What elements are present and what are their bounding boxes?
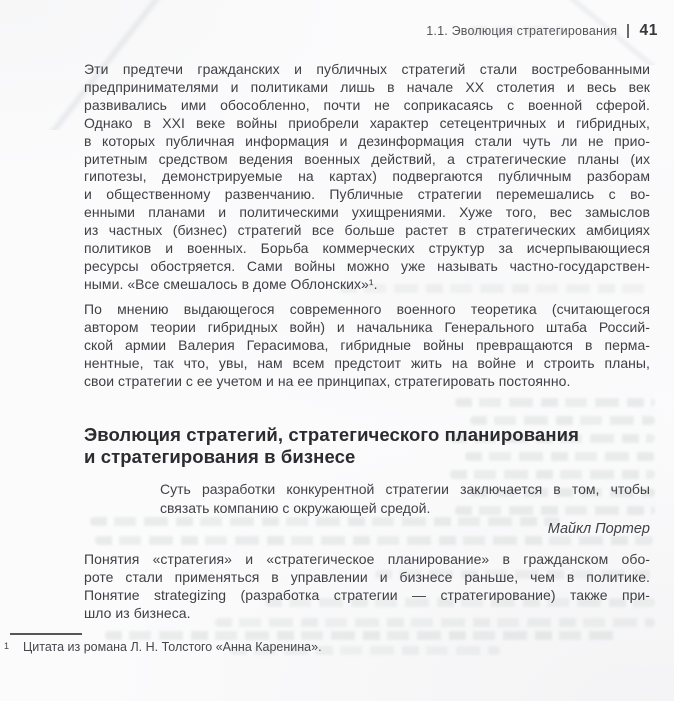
footnote-marker: 1 [4, 641, 9, 651]
text-line: связать компанию с окружающей средой. [160, 499, 650, 518]
text-line: политиков и военных. Борьба коммерческих… [84, 240, 650, 258]
epigraph-attribution: Майкл Портер [548, 521, 650, 537]
text-line: Однако в XXI веке войны приобрели характ… [84, 115, 650, 133]
paragraph: Понятия «стратегия» и «стратегическое пл… [84, 551, 650, 623]
paragraph: Эти предтечи гражданских и публичных стр… [84, 61, 650, 294]
text-line: свои стратегии с ее учетом и на ее принц… [84, 373, 650, 391]
text-line: и общественному развенчанию. Публичные с… [84, 186, 650, 204]
page-number: 41 [640, 22, 658, 40]
showthrough-line [455, 398, 655, 407]
text-line: ресурсы обостряется. Сами войны можно уж… [84, 258, 650, 276]
page-header: 1.1. Эволюция стратегирования | 41 [426, 22, 658, 40]
epigraph-quote: Суть разработки конкурентной стратегии з… [160, 480, 650, 517]
text-line: Суть разработки конкурентной стратегии з… [160, 480, 650, 499]
text-line: Эволюция стратегий, стратегического план… [84, 424, 650, 446]
text-line: Понятие strategizing (разработка стратег… [84, 587, 650, 605]
text-line: и стратегирования в бизнесе [84, 446, 650, 468]
text-line: ской армии Валерия Герасимова, гибридные… [84, 337, 650, 355]
text-line: развивались ими обособленно, почти не со… [84, 97, 650, 115]
text-line: Эти предтечи гражданских и публичных стр… [84, 61, 650, 79]
text-line: в которых публичная информация и дезинфо… [84, 133, 650, 151]
text-line: Понятия «стратегия» и «стратегическое пл… [84, 551, 650, 569]
book-page: 1.1. Эволюция стратегирования | 41 Эти п… [0, 0, 674, 701]
header-separator: | [627, 23, 630, 39]
section-heading: Эволюция стратегий, стратегического план… [84, 424, 650, 467]
text-line: ными. «Все смешалось в доме Облонских»¹. [84, 276, 650, 294]
footnote-text: Цитата из романа Л. Н. Толстого «Анна Ка… [23, 640, 322, 654]
text-line: ритетным средством ведения военных дейст… [84, 151, 650, 169]
text-line: нентные, так что, увы, нам всем предстои… [84, 355, 650, 373]
showthrough-line [90, 517, 560, 526]
text-line: По мнению выдающегося современного военн… [84, 301, 650, 319]
text-line: предпринимателями и политиками лишь в на… [84, 79, 650, 97]
footnote-rule [10, 633, 82, 635]
showthrough-line [95, 536, 653, 545]
text-line: шло из бизнеса. [84, 605, 650, 623]
text-line: из частных (бизнес) стратегий все больше… [84, 222, 650, 240]
text-line: гипотезы, демонстрируемые на картах) под… [84, 168, 650, 186]
paragraph: По мнению выдающегося современного военн… [84, 301, 650, 391]
running-head: 1.1. Эволюция стратегирования [426, 24, 617, 38]
text-line: енными планами и политическими ухищрения… [84, 204, 650, 222]
text-line: роте стали применяться в управлении и би… [84, 569, 650, 587]
text-line: автором теории гибридных войн) и начальн… [84, 319, 650, 337]
showthrough-line [105, 631, 617, 640]
footnote: 1Цитата из романа Л. Н. Толстого «Анна К… [4, 640, 322, 654]
showthrough-line [450, 470, 655, 479]
